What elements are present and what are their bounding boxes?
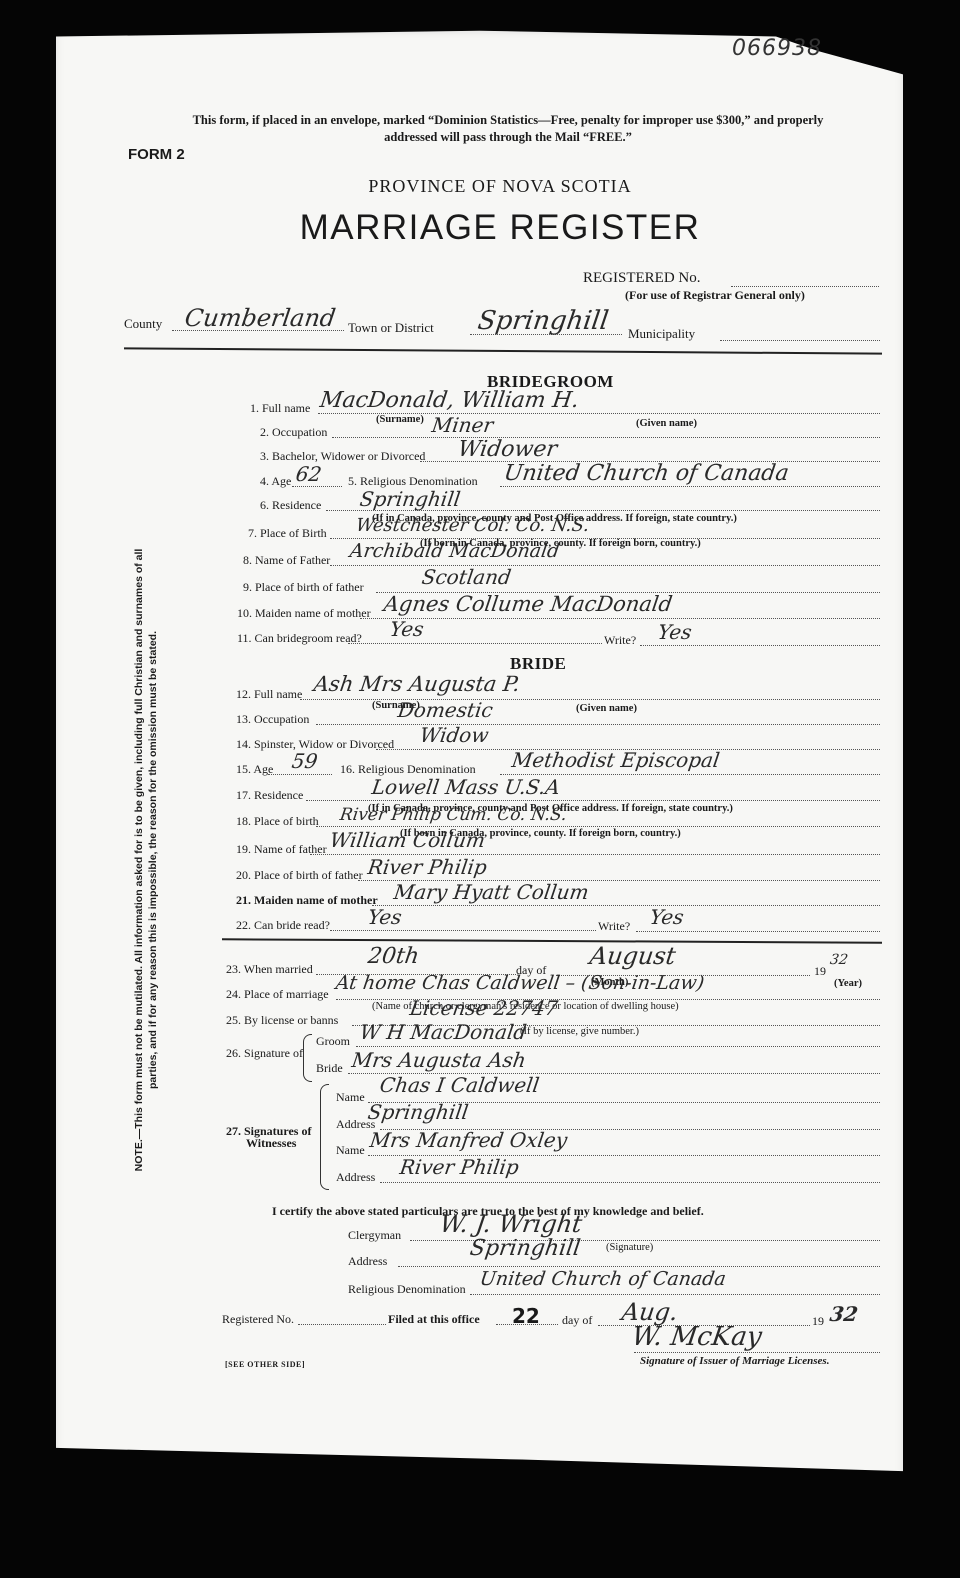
line <box>332 437 880 438</box>
groom-status-label: 3. Bachelor, Widower or Divorced <box>260 449 425 464</box>
given-name-hint: (Given name) <box>576 703 637 714</box>
witnesses-label-2: Witnesses <box>246 1136 296 1151</box>
groom-write-value: Yes <box>656 620 693 644</box>
line <box>640 645 880 646</box>
line <box>634 1352 880 1353</box>
bride-father-birthplace-label: 20. Place of birth of father <box>236 868 363 883</box>
bride-full-name-label: 12. Full name <box>236 687 302 702</box>
year-hint: (Year) <box>834 978 862 989</box>
signature-hint: (Signature) <box>606 1242 653 1253</box>
license-hint: (If by license, give number.) <box>520 1026 639 1037</box>
line <box>372 905 880 906</box>
groom-read-label: 11. Can bridegroom read? <box>237 631 362 646</box>
surname-hint: (Surname) <box>376 414 424 425</box>
groom-residence-label: 6. Residence <box>260 498 321 513</box>
signature-of-label: 26. Signature of <box>226 1046 303 1061</box>
bride-status-value: Widow <box>418 723 490 747</box>
filed-day-of-label: day of <box>562 1313 592 1328</box>
marriage-year-value: 32 <box>829 952 849 968</box>
filed-label: Filed at this office <box>388 1312 480 1327</box>
line <box>636 931 880 932</box>
line <box>330 930 596 931</box>
serial-number: 066938 <box>732 36 822 61</box>
see-other-side: [SEE OTHER SIDE] <box>225 1360 305 1369</box>
line <box>380 1182 880 1183</box>
groom-father-label: 8. Name of Father <box>243 553 330 568</box>
bride-signature-value: Mrs Augusta Ash <box>350 1048 527 1072</box>
filing-registered-no-label: Registered No. <box>222 1312 294 1327</box>
witness2-name-label: Name <box>336 1143 365 1158</box>
bride-read-value: Yes <box>366 905 403 929</box>
groom-religion-value: United Church of Canada <box>502 461 790 486</box>
groom-full-name-label: 1. Full name <box>250 401 310 416</box>
bride-birthplace-label: 18. Place of birth <box>236 814 319 829</box>
municipality-line <box>720 340 880 341</box>
province-heading: PROVINCE OF NOVA SCOTIA <box>200 176 800 197</box>
clergy-denomination-label: Religious Denomination <box>348 1282 466 1297</box>
clergy-address-label: Address <box>348 1254 387 1269</box>
witness2-address-value: River Philip <box>398 1155 520 1179</box>
line <box>500 486 880 487</box>
registered-no-line <box>731 286 879 287</box>
marriage-place-value: At home Chas Caldwell – (Son-in-Law) <box>334 972 705 994</box>
groom-residence-value: Springhill <box>358 487 462 511</box>
town-label: Town or District <box>348 320 434 336</box>
issuer-caption: Signature of Issuer of Marriage Licenses… <box>640 1355 829 1367</box>
groom-occupation-label: 2. Occupation <box>260 425 327 440</box>
line <box>316 826 880 827</box>
line <box>292 486 342 487</box>
bride-residence-label: 17. Residence <box>236 788 303 803</box>
witness1-name-label: Name <box>336 1090 365 1105</box>
line <box>360 618 880 619</box>
municipality-label: Municipality <box>628 326 695 342</box>
bride-full-name-value: Ash Mrs Augusta P. <box>312 672 521 696</box>
groom-read-value: Yes <box>388 617 425 641</box>
county-label: County <box>124 316 162 332</box>
groom-father-birthplace-value: Scotland <box>420 565 512 589</box>
marriage-month-value: August <box>588 942 678 970</box>
witness2-address-label: Address <box>336 1170 375 1185</box>
given-name-hint: (Given name) <box>636 418 697 429</box>
line <box>298 1324 386 1325</box>
bride-write-label: Write? <box>598 919 630 934</box>
groom-birthplace-value: Westchester Col. Co. N.S. <box>355 515 591 536</box>
groom-age-value: 62 <box>294 462 323 486</box>
witness1-name-value: Chas I Caldwell <box>378 1073 541 1097</box>
line <box>330 565 880 566</box>
clergyman-value: W. J. Wright <box>438 1210 584 1238</box>
bride-occupation-value: Domestic <box>396 698 494 722</box>
line <box>316 724 880 725</box>
town-value: Springhill <box>476 306 610 336</box>
registered-no-label: REGISTERED No. <box>583 270 701 287</box>
groom-mother-label: 10. Maiden name of mother <box>237 606 371 621</box>
line <box>356 1046 880 1047</box>
line <box>306 800 880 801</box>
groom-age-label: 4. Age <box>260 474 291 489</box>
county-value: Cumberland <box>183 304 337 332</box>
filed-day-value: 22 <box>512 1304 540 1328</box>
witness2-name-value: Mrs Manfred Oxley <box>368 1128 568 1152</box>
registered-no-note: (For use of Registrar General only) <box>625 288 805 303</box>
signature-brace <box>303 1034 312 1082</box>
bride-religion-value: Methodist Episcopal <box>510 748 721 772</box>
when-married-label: 23. When married <box>226 962 313 977</box>
line <box>348 643 602 644</box>
bride-father-value: William Collum <box>328 828 486 852</box>
bride-occupation-label: 13. Occupation <box>236 712 309 727</box>
place-of-marriage-label: 24. Place of marriage <box>226 987 329 1002</box>
bride-father-birthplace-value: River Philip <box>366 855 488 879</box>
bride-read-label: 22. Can bride read? <box>236 918 330 933</box>
groom-father-birthplace-label: 9. Place of birth of father <box>243 580 364 595</box>
year-prefix: 19 <box>814 964 826 979</box>
license-label: 25. By license or banns <box>226 1013 338 1028</box>
page-title: MARRIAGE REGISTER <box>180 208 820 248</box>
clergy-address-value: Springhill <box>468 1236 582 1261</box>
filed-year-prefix: 19 <box>812 1314 824 1329</box>
bride-residence-value: Lowell Mass U.S.A <box>370 775 561 799</box>
bride-write-value: Yes <box>648 905 685 929</box>
clergyman-label: Clergyman <box>348 1228 401 1243</box>
side-note: NOTE.—This form must not be mutilated. A… <box>132 540 160 1180</box>
marriage-day-value: 20th <box>366 944 421 969</box>
groom-full-name-value: MacDonald, William H. <box>318 388 580 413</box>
bride-heading: BRIDE <box>510 654 566 674</box>
groom-signature-label: Groom <box>316 1034 350 1049</box>
bride-birthplace-value: River Philip Cum. Co. N.S. <box>339 805 568 825</box>
line <box>470 1294 880 1295</box>
groom-signature-value: W H MacDonald <box>358 1020 528 1044</box>
clergy-denomination-value: United Church of Canada <box>478 1268 727 1290</box>
groom-occupation-value: Miner <box>430 413 495 437</box>
bride-mother-value: Mary Hyatt Collum <box>392 880 590 904</box>
filed-year-value: 32 <box>828 1302 859 1326</box>
line <box>398 1266 880 1267</box>
issuer-signature-value: W. McKay <box>630 1322 764 1352</box>
witness1-address-value: Springhill <box>366 1100 470 1124</box>
license-value: License 22747 <box>408 996 559 1020</box>
bride-signature-label: Bride <box>316 1061 343 1076</box>
groom-status-value: Widower <box>456 437 558 462</box>
postal-notice: This form, if placed in an envelope, mar… <box>178 112 838 146</box>
groom-father-value: Archibald MacDonald <box>348 540 561 562</box>
form-label: FORM 2 <box>128 146 185 163</box>
groom-mother-value: Agnes Collume MacDonald <box>382 592 674 616</box>
groom-write-label: Write? <box>604 633 636 648</box>
line <box>268 774 332 775</box>
bride-age-value: 59 <box>290 749 319 773</box>
bride-mother-label: 21. Maiden name of mother <box>236 893 378 908</box>
witness-brace <box>320 1084 329 1190</box>
groom-birthplace-label: 7. Place of Birth <box>248 526 327 541</box>
